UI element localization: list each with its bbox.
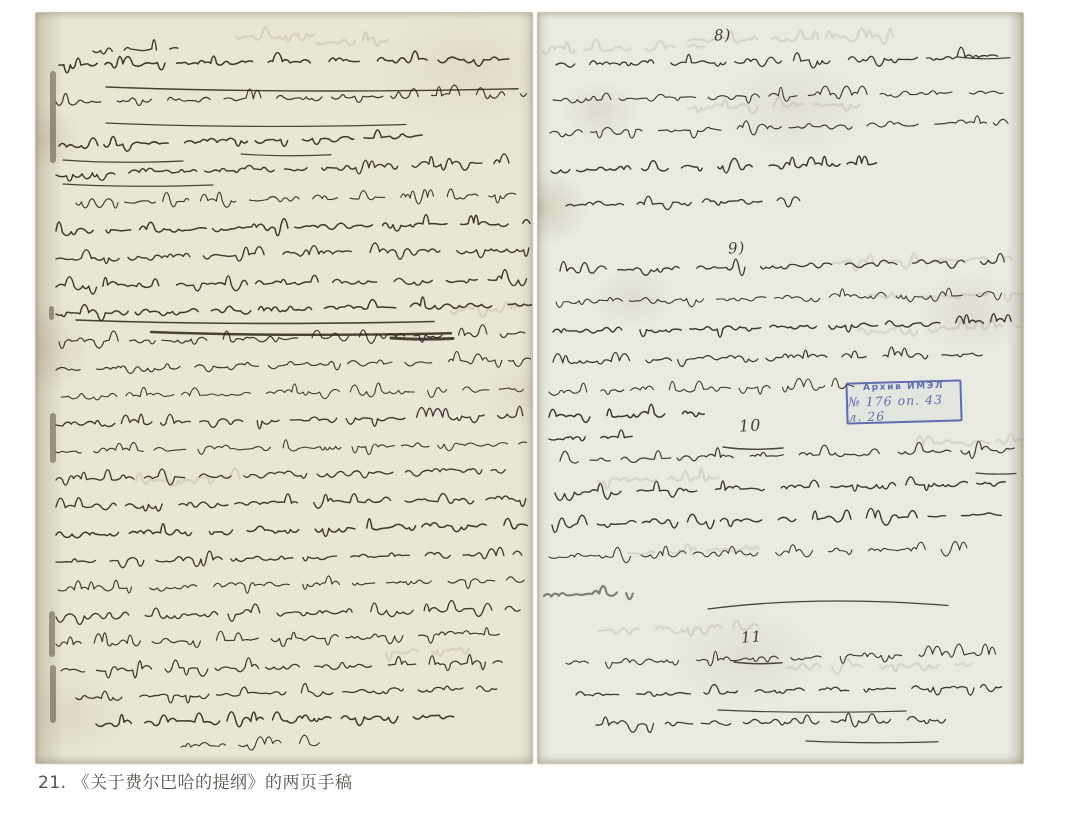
thesis-number-10: 10 bbox=[738, 415, 762, 436]
archive-stamp-number: № 176 оп. 43 л. 26 bbox=[848, 391, 961, 424]
manuscript-right-page: 8) 9) 10 11 Архив ИМЭЛ № 176 оп. 43 л. 2… bbox=[537, 12, 1024, 764]
manuscript-left-page bbox=[35, 12, 533, 764]
thesis-number-11: 11 bbox=[740, 627, 762, 646]
thesis-number-8: 8) bbox=[713, 25, 732, 44]
archive-stamp: Архив ИМЭЛ № 176 оп. 43 л. 26 bbox=[845, 379, 962, 424]
thesis-number-9: 9) bbox=[727, 238, 746, 257]
figure-caption: 21. 《关于费尔巴哈的提纲》的两页手稿 bbox=[38, 768, 352, 793]
book-figure-canvas: 8) 9) 10 11 Архив ИМЭЛ № 176 оп. 43 л. 2… bbox=[0, 0, 1080, 815]
handwriting-left-page bbox=[36, 13, 532, 763]
